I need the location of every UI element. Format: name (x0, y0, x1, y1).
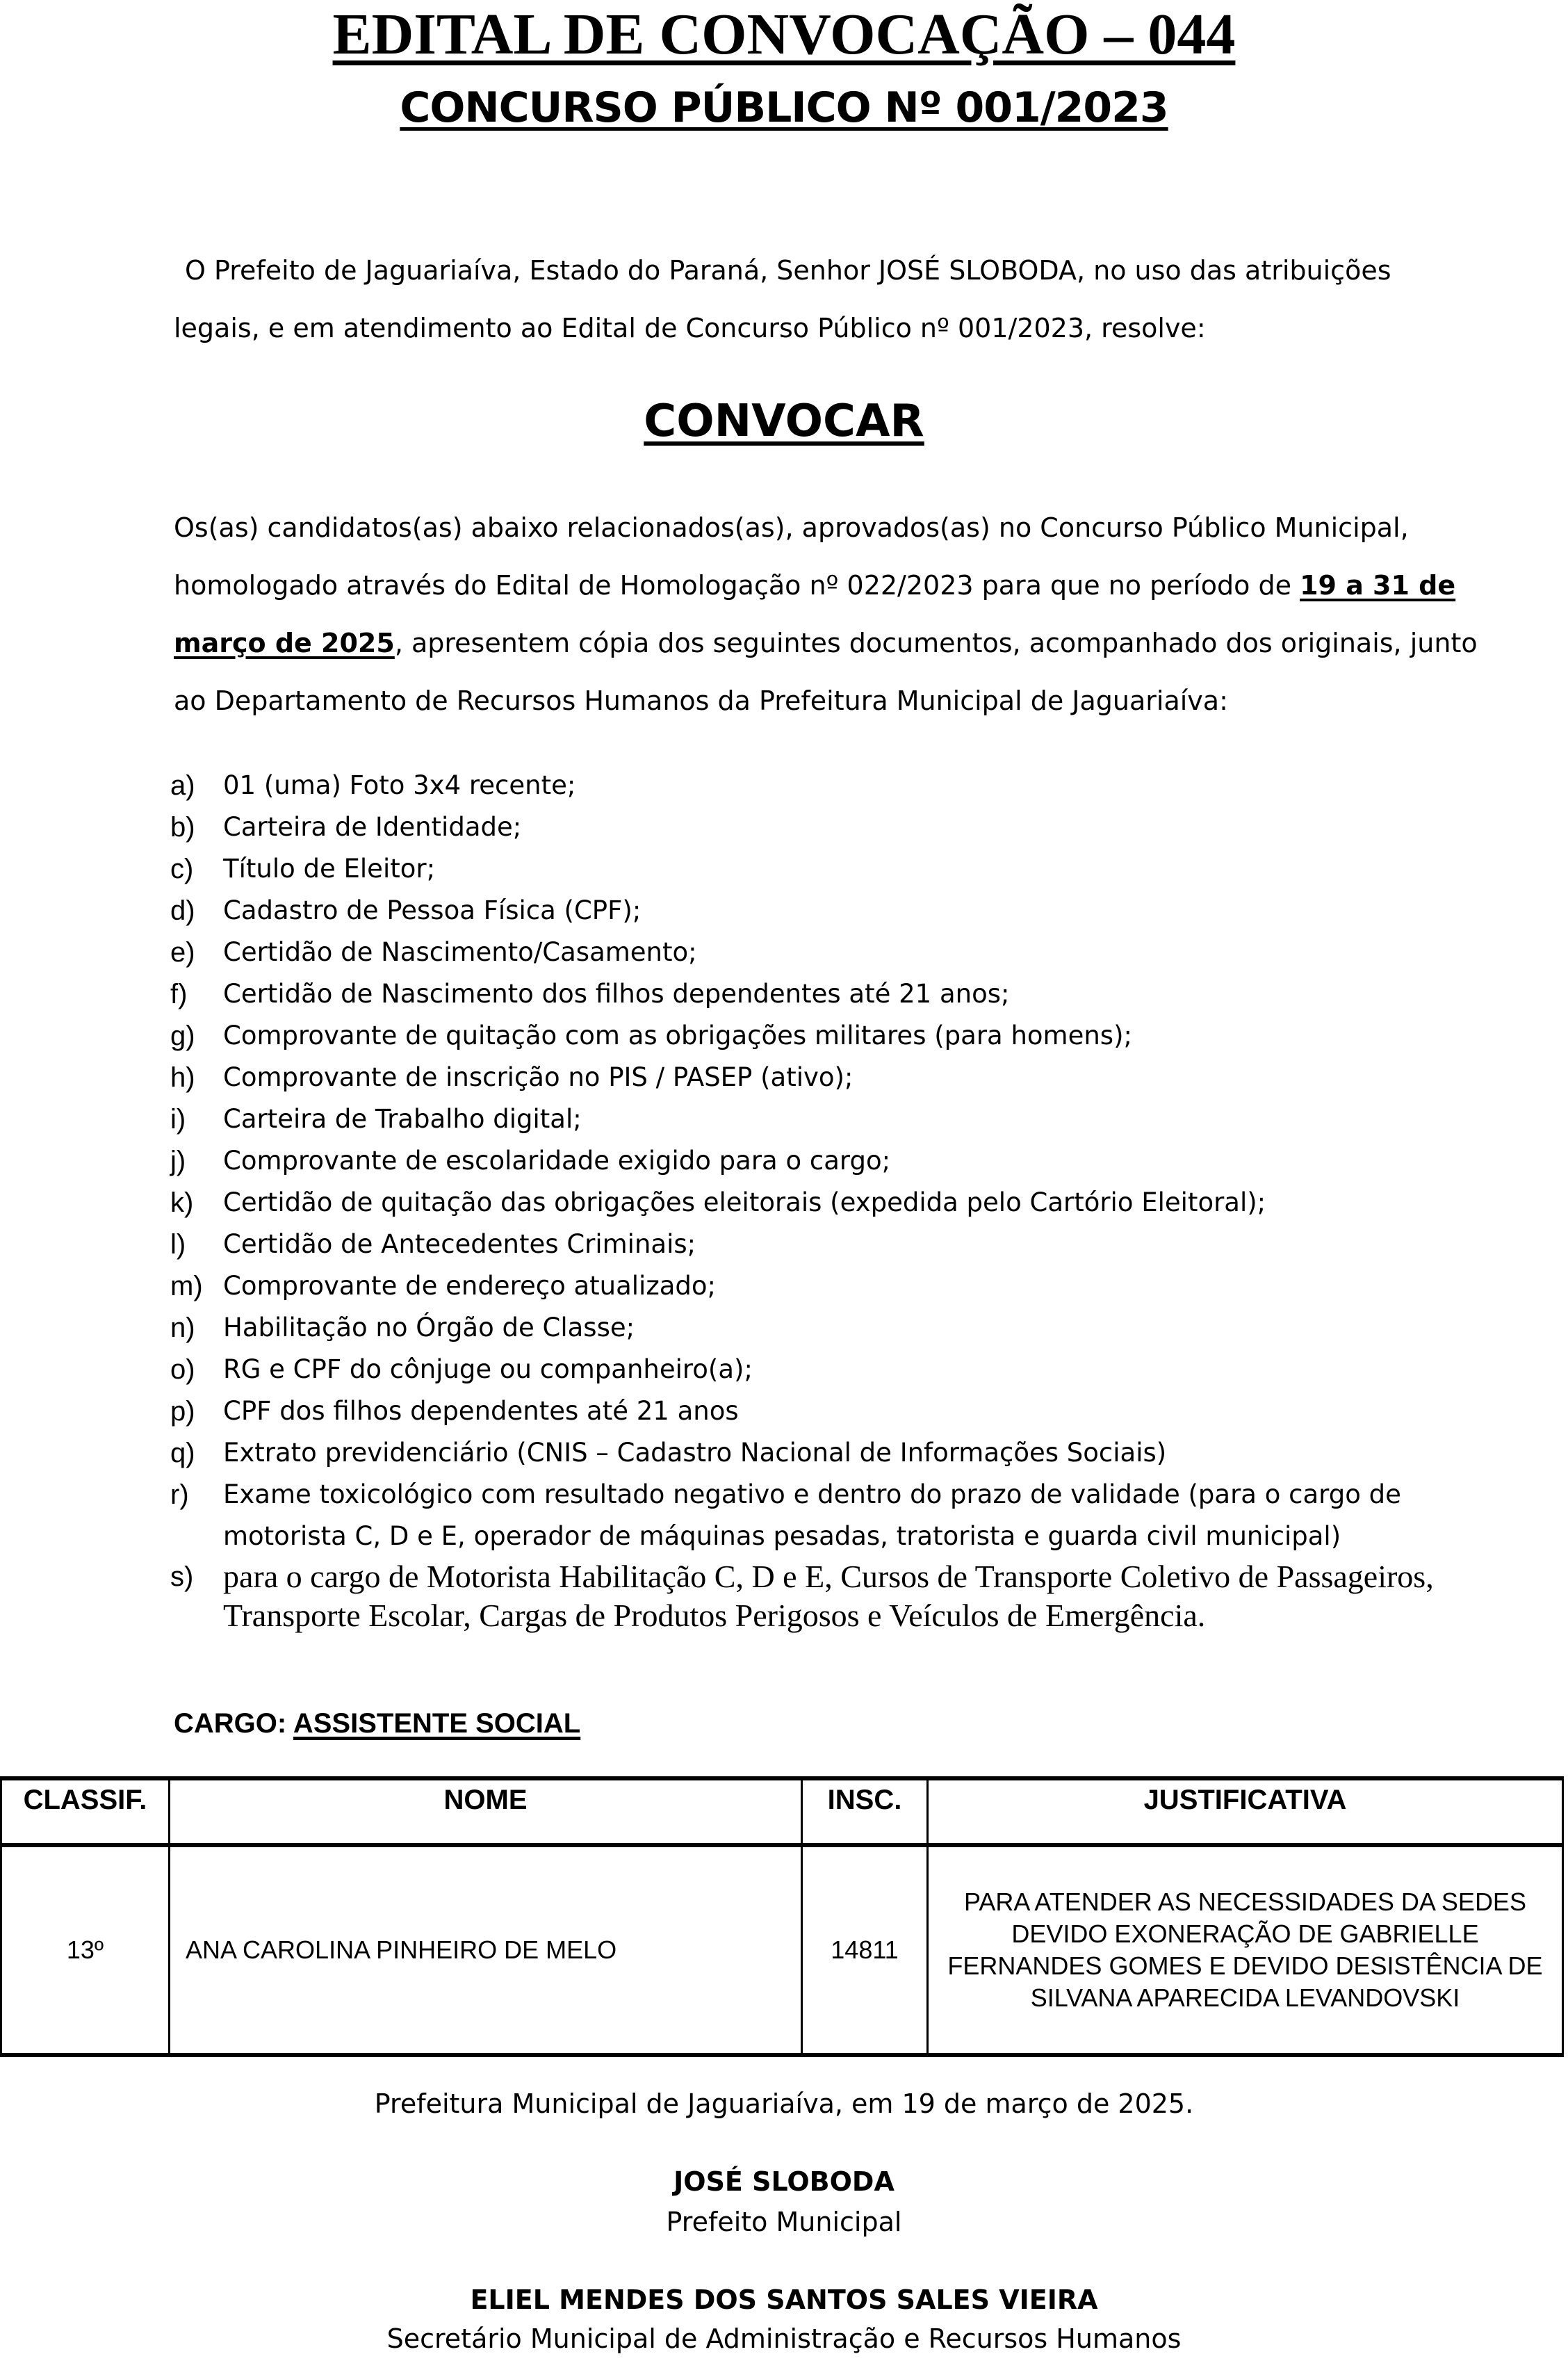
document-item: i)Carteira de Trabalho digital; (170, 1098, 1456, 1140)
document-item: k)Certidão de quitação das obrigações el… (170, 1182, 1456, 1224)
document-title-text: EDITAL DE CONVOCAÇÃO – 044 (333, 2, 1236, 67)
document-item: r)Exame toxicológico com resultado negat… (170, 1474, 1456, 1557)
document-item-letter: m) (170, 1265, 223, 1307)
document-item: a)01 (uma) Foto 3x4 recente; (170, 765, 1456, 806)
intro-paragraph: O Prefeito de Jaguariaíva, Estado do Par… (174, 242, 1404, 357)
paragraph-line-2: homologado através do Edital de Homologa… (174, 557, 1404, 615)
document-item-letter: i) (170, 1098, 223, 1140)
document-item-letter: o) (170, 1349, 223, 1390)
cell-nome: ANA CAROLINA PINHEIRO DE MELO (170, 1845, 802, 2055)
document-item-letter: p) (170, 1390, 223, 1432)
document-item-text: RG e CPF do cônjuge ou companheiro(a); (223, 1349, 1456, 1390)
required-documents-list: a)01 (uma) Foto 3x4 recente;b)Carteira d… (170, 765, 1456, 1635)
document-item: n)Habilitação no Órgão de Classe; (170, 1307, 1456, 1349)
document-item: c)Título de Eleitor; (170, 848, 1456, 890)
header-justificativa: JUSTIFICATIVA (928, 1778, 1563, 1845)
action-heading: CONVOCAR (0, 393, 1568, 449)
document-item-text: Carteira de Identidade; (223, 806, 1456, 848)
document-item: h)Comprovante de inscrição no PIS / PASE… (170, 1057, 1456, 1098)
document-item-letter: a) (170, 765, 223, 806)
document-item-text: Habilitação no Órgão de Classe; (223, 1307, 1456, 1349)
cargo-label: CARGO: (174, 1708, 286, 1739)
document-item: f)Certidão de Nascimento dos filhos depe… (170, 973, 1456, 1015)
signatory-2-role: Secretário Municipal de Administração e … (0, 2319, 1568, 2358)
document-item-text: Certidão de Nascimento/Casamento; (223, 932, 1456, 973)
document-subtitle: CONCURSO PÚBLICO Nº 001/2023 (0, 82, 1568, 133)
document-item-text: CPF dos filhos dependentes até 21 anos (223, 1390, 1456, 1432)
document-item-text: Certidão de Nascimento dos filhos depend… (223, 973, 1456, 1015)
convocation-paragraph: Os(as) candidatos(as) abaixo relacionado… (174, 499, 1404, 730)
period-end-highlight: março de 2025 (174, 628, 395, 658)
cell-justificativa: PARA ATENDER AS NECESSIDADES DA SEDES DE… (928, 1845, 1563, 2055)
document-item-letter: b) (170, 806, 223, 848)
document-item-text: Carteira de Trabalho digital; (223, 1098, 1456, 1140)
document-item-letter: k) (170, 1182, 223, 1224)
intro-line-2: legais, e em atendimento ao Edital de Co… (174, 300, 1404, 357)
signatory-1-role: Prefeito Municipal (0, 2202, 1568, 2241)
cargo-value: ASSISTENTE SOCIAL (293, 1708, 580, 1739)
cell-insc: 14811 (802, 1845, 928, 2055)
document-item: o)RG e CPF do cônjuge ou companheiro(a); (170, 1349, 1456, 1390)
header-insc: INSC. (802, 1778, 928, 1845)
period-start-highlight: 19 a 31 de (1300, 570, 1455, 601)
document-item-letter: j) (170, 1140, 223, 1182)
header-classif: CLASSIF. (1, 1778, 170, 1845)
document-title: EDITAL DE CONVOCAÇÃO – 044 (0, 1, 1568, 68)
document-item-letter: g) (170, 1015, 223, 1057)
document-item-letter: h) (170, 1057, 223, 1098)
document-item-letter: f) (170, 973, 223, 1015)
document-item-letter: d) (170, 890, 223, 932)
paragraph-line-3-text: , apresentem cópia dos seguintes documen… (395, 628, 1478, 658)
document-item-letter: n) (170, 1307, 223, 1349)
cell-classif: 13º (1, 1845, 170, 2055)
document-item-text: Comprovante de escolaridade exigido para… (223, 1140, 1456, 1182)
paragraph-line-2-text: homologado através do Edital de Homologa… (174, 570, 1300, 601)
document-item: j)Comprovante de escolaridade exigido pa… (170, 1140, 1456, 1182)
document-item-letter: e) (170, 932, 223, 973)
document-item-letter: s) (170, 1557, 223, 1635)
document-item-text: Título de Eleitor; (223, 848, 1456, 890)
document-item-text: Comprovante de inscrição no PIS / PASEP … (223, 1057, 1456, 1098)
document-item-text: Cadastro de Pessoa Física (CPF); (223, 890, 1456, 932)
document-item-text: Comprovante de quitação com as obrigaçõe… (223, 1015, 1456, 1057)
document-item: s)para o cargo de Motorista Habilitação … (170, 1557, 1456, 1635)
table-row: 13º ANA CAROLINA PINHEIRO DE MELO 14811 … (1, 1845, 1563, 2055)
document-item-text: Exame toxicológico com resultado negativ… (223, 1474, 1456, 1557)
document-item: d)Cadastro de Pessoa Física (CPF); (170, 890, 1456, 932)
document-item-text: Extrato previdenciário (CNIS – Cadastro … (223, 1432, 1456, 1474)
document-item-letter: q) (170, 1432, 223, 1474)
signatory-2-name: ELIEL MENDES DOS SANTOS SALES VIEIRA (0, 2280, 1568, 2319)
document-item: q)Extrato previdenciário (CNIS – Cadastr… (170, 1432, 1456, 1474)
document-item: p)CPF dos filhos dependentes até 21 anos (170, 1390, 1456, 1432)
document-item-text: Comprovante de endereço atualizado; (223, 1265, 1456, 1307)
document-item-text: Certidão de Antecedentes Criminais; (223, 1224, 1456, 1265)
paragraph-line-1: Os(as) candidatos(as) abaixo relacionado… (174, 499, 1404, 557)
cargo-line: CARGO: ASSISTENTE SOCIAL (174, 1706, 580, 1741)
document-item-text: Certidão de quitação das obrigações elei… (223, 1182, 1456, 1224)
document-item: l)Certidão de Antecedentes Criminais; (170, 1224, 1456, 1265)
document-item-letter: c) (170, 848, 223, 890)
header-nome: NOME (170, 1778, 802, 1845)
paragraph-line-4: ao Departamento de Recursos Humanos da P… (174, 672, 1404, 730)
table-header-row: CLASSIF. NOME INSC. JUSTIFICATIVA (1, 1778, 1563, 1845)
document-subtitle-text: CONCURSO PÚBLICO Nº 001/2023 (400, 83, 1168, 132)
document-item-text: para o cargo de Motorista Habilitação C,… (223, 1557, 1456, 1635)
document-item: g)Comprovante de quitação com as obrigaç… (170, 1015, 1456, 1057)
document-item: b)Carteira de Identidade; (170, 806, 1456, 848)
document-item: m)Comprovante de endereço atualizado; (170, 1265, 1456, 1307)
action-heading-text: CONVOCAR (644, 396, 924, 447)
intro-line-1: O Prefeito de Jaguariaíva, Estado do Par… (174, 242, 1404, 300)
document-item: e)Certidão de Nascimento/Casamento; (170, 932, 1456, 973)
signatory-1-name: JOSÉ SLOBODA (0, 2162, 1568, 2201)
document-item-letter: r) (170, 1474, 223, 1557)
candidates-table: CLASSIF. NOME INSC. JUSTIFICATIVA 13º AN… (0, 1776, 1564, 2057)
document-item-text: 01 (uma) Foto 3x4 recente; (223, 765, 1456, 806)
paragraph-line-3: março de 2025, apresentem cópia dos segu… (174, 615, 1404, 672)
date-line: Prefeitura Municipal de Jaguariaíva, em … (0, 2084, 1568, 2123)
document-item-letter: l) (170, 1224, 223, 1265)
